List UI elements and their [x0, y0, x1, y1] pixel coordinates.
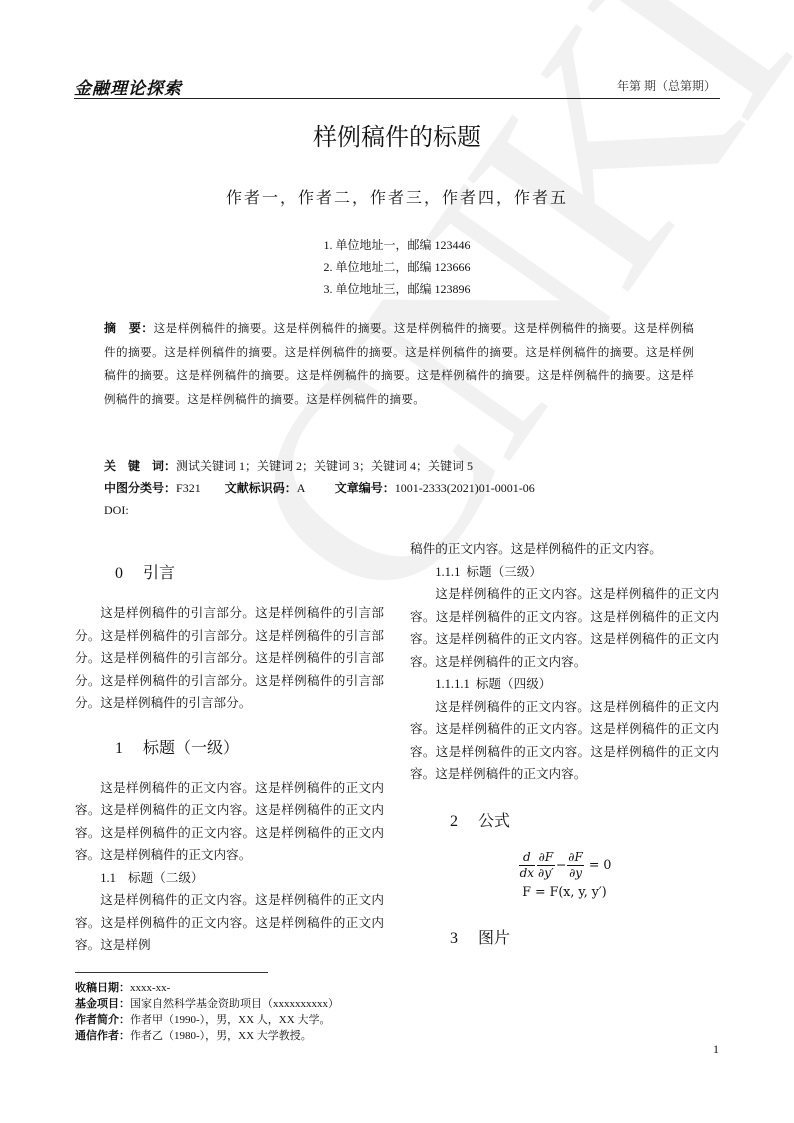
doc-code-value: A — [297, 481, 305, 495]
section-heading-2: 2公式 — [450, 808, 719, 836]
clc-label: 中图分类号： — [104, 481, 176, 495]
fraction: ∂F∂y′ — [537, 850, 555, 881]
body-paragraph: 这是样例稿件的正文内容。这是样例稿件的正文内容。这是样例稿件的正文内容。这是样例… — [75, 889, 384, 957]
section-heading-3: 3图片 — [450, 925, 719, 953]
section-number: 0 — [115, 560, 143, 588]
section-title: 图片 — [478, 930, 510, 947]
doc-code-label: 文献标识码： — [225, 481, 297, 495]
footnotes: 收稿日期：xxxx-xx- 基金项目：国家自然科学基金资助项目（xxxxxxxx… — [75, 980, 339, 1044]
affiliation-item: 2. 单位地址二，邮编 123666 — [0, 256, 794, 278]
paper-title: 样例稿件的标题 — [0, 117, 794, 152]
running-header: 金融理论探索 年第 期（总第期） — [74, 74, 720, 99]
subsection-heading-1-1-1: 1.1.1标题（三级） — [435, 561, 719, 584]
doi-line: DOI: — [104, 499, 704, 521]
section-title: 公式 — [478, 813, 510, 830]
page: 金融理论探索 年第 期（总第期） 样例稿件的标题 作者一，作者二，作者三，作者四… — [0, 0, 794, 1123]
footnote-divider — [75, 972, 268, 973]
body-paragraph-continued: 稿件的正文内容。这是样例稿件的正文内容。 — [410, 538, 719, 561]
abstract: 摘 要：这是样例稿件的摘要。这是样例稿件的摘要。这是样例稿件的摘要。这是样例稿件… — [104, 317, 694, 411]
subsection-title: 标题（三级） — [466, 565, 542, 579]
affiliations: 1. 单位地址一，邮编 123446 2. 单位地址二，邮编 123666 3.… — [0, 234, 794, 300]
author-list: 作者一，作者二，作者三，作者四，作者五 — [0, 185, 794, 208]
clc-value: F321 — [176, 481, 201, 495]
footnote-author-bio: 作者简介：作者甲（1990-），男，XX 人，XX 大学。 — [75, 1012, 339, 1028]
affiliation-item: 1. 单位地址一，邮编 123446 — [0, 234, 794, 256]
section-heading-intro: 0引言 — [115, 560, 384, 588]
abstract-label: 摘 要： — [104, 321, 154, 335]
equation-euler-lagrange: ddx∂F∂y′−∂F∂y = 0 — [410, 850, 719, 881]
right-column: 稿件的正文内容。这是样例稿件的正文内容。 1.1.1标题（三级） 这是样例稿件的… — [410, 538, 719, 953]
subsection-heading-1-1: 1.1标题（二级） — [100, 867, 384, 890]
section-number: 2 — [450, 808, 478, 836]
article-no-value: 1001-2333(2021)01-0001-06 — [395, 481, 535, 495]
footnote-funding: 基金项目：国家自然科学基金资助项目（xxxxxxxxxx） — [75, 996, 339, 1012]
body-paragraph: 这是样例稿件的正文内容。这是样例稿件的正文内容。这是样例稿件的正文内容。这是样例… — [410, 583, 719, 673]
section-heading-1: 1标题（一级） — [115, 735, 384, 763]
left-column: 0引言 这是样例稿件的引言部分。这是样例稿件的引言部分。这是样例稿件的引言部分。… — [75, 560, 384, 957]
article-no-label: 文章编号： — [335, 481, 395, 495]
equation-functional: F = F(x, y, y′) — [410, 881, 719, 904]
keywords-line: 关 键 词：测试关键词 1；关键词 2；关键词 3；关键词 4；关键词 5 — [104, 455, 704, 477]
subsection-title: 标题（二级） — [128, 871, 204, 885]
subsection-heading-1-1-1-1: 1.1.1.1标题（四级） — [435, 673, 719, 696]
page-number: 1 — [713, 1042, 719, 1057]
intro-paragraph: 这是样例稿件的引言部分。这是样例稿件的引言部分。这是样例稿件的引言部分。这是样例… — [75, 602, 384, 715]
subsection-number: 1.1.1 — [435, 565, 460, 579]
section-title: 引言 — [143, 565, 175, 582]
subsection-title: 标题（四级） — [476, 677, 552, 691]
section-number: 3 — [450, 925, 478, 953]
section-title: 标题（一级） — [143, 740, 239, 757]
abstract-text: 这是样例稿件的摘要。这是样例稿件的摘要。这是样例稿件的摘要。这是样例稿件的摘要。… — [104, 322, 694, 406]
keywords-label: 关 键 词： — [104, 459, 176, 473]
subsection-number: 1.1.1.1 — [435, 677, 470, 691]
issue-info: 年第 期（总第期） — [617, 77, 716, 94]
body-paragraph: 这是样例稿件的正文内容。这是样例稿件的正文内容。这是样例稿件的正文内容。这是样例… — [410, 696, 719, 786]
fraction: ∂F∂y — [567, 850, 584, 881]
classification-line: 中图分类号：F321 文献标识码：A 文章编号：1001-2333(2021)0… — [104, 477, 704, 499]
body-paragraph: 这是样例稿件的正文内容。这是样例稿件的正文内容。这是样例稿件的正文内容。这是样例… — [75, 777, 384, 867]
subsection-number: 1.1 — [100, 871, 116, 885]
footnote-corresponding: 通信作者：作者乙（1980-），男，XX 大学教授。 — [75, 1028, 339, 1044]
affiliation-item: 3. 单位地址三，邮编 123896 — [0, 278, 794, 300]
fraction: ddx — [519, 850, 535, 881]
journal-logo: 金融理论探索 — [74, 74, 182, 99]
section-number: 1 — [115, 735, 143, 763]
keywords-text: 测试关键词 1；关键词 2；关键词 3；关键词 4；关键词 5 — [176, 459, 473, 473]
article-metadata: 关 键 词：测试关键词 1；关键词 2；关键词 3；关键词 4；关键词 5 中图… — [104, 455, 704, 521]
footnote-received: 收稿日期：xxxx-xx- — [75, 980, 339, 996]
